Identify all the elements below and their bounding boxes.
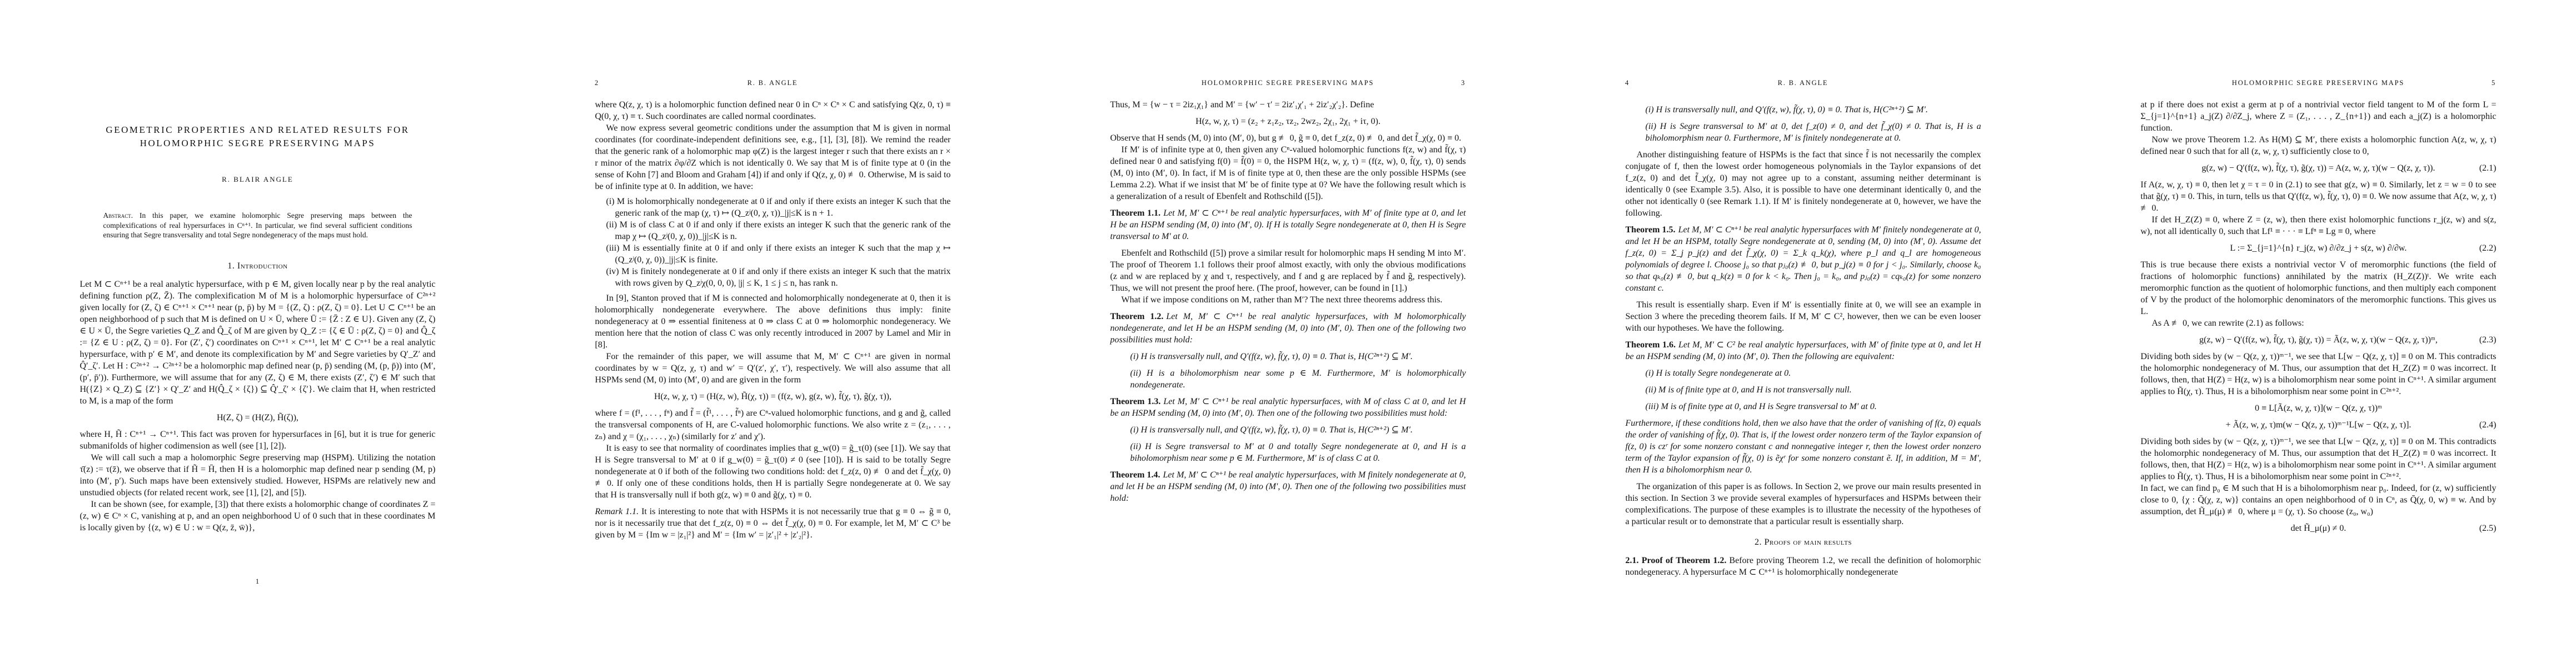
paragraph-8: In fact, we can find p₀ ∈ M such that H … bbox=[2141, 482, 2497, 517]
theorem-item: (iii) M is of finite type at 0, and H is… bbox=[1626, 401, 1981, 412]
display-equation-2-4-line-2: + Ã(z, w, χ, τ)m(w − Q(z, χ, τ))ᵐ⁻¹L[w −… bbox=[2141, 419, 2497, 431]
paragraph: As A ≢ 0, we can rewrite (2.1) as follow… bbox=[2141, 317, 2497, 329]
display-equation: H(z, w, χ, τ) = (H(z, w), H̃(χ, τ)) = (f… bbox=[595, 391, 951, 402]
display-equation-2-3: g(z, w) − Q′(f(z, w), f̃(χ, τ), g̃(χ, τ)… bbox=[2141, 334, 2497, 346]
theorem-text: Let M, M′ ⊂ Cⁿ⁺¹ be real analytic hypers… bbox=[1110, 312, 1466, 345]
theorem-text: Let M, M′ ⊂ Cⁿ⁺¹ be real analytic hypers… bbox=[1110, 397, 1466, 418]
paragraph: Observe that H sends (M, 0) into (M′, 0)… bbox=[1110, 132, 1466, 144]
theorem-text: Let M, M′ ⊂ C² be real analytic hypersur… bbox=[1626, 340, 1981, 361]
paper-spread: arXiv:0810.2570v1 [math.CV] 14 Oct 2008 … bbox=[0, 0, 2576, 667]
paragraph: where H, H̃ : Cⁿ⁺¹ → Cⁿ⁺¹. This fact was… bbox=[80, 429, 436, 452]
page-3-content: Thus, M = {w − τ = 2iz₁χ₁} and M′ = {w′ … bbox=[1110, 0, 1466, 504]
paragraph: This is true because there exists a nont… bbox=[2141, 259, 2497, 317]
display-equation: H(z, w, χ, τ) = (z₂ + z₁z₂, τz₂, 2wz₂, 2… bbox=[1110, 116, 1466, 127]
running-title: R. B. ANGLE bbox=[1647, 79, 1959, 87]
page-1: GEOMETRIC PROPERTIES AND RELATED RESULTS… bbox=[0, 0, 515, 667]
paragraph: where Q(z, χ, τ) is a holomorphic functi… bbox=[595, 99, 951, 122]
running-header: 4 R. B. ANGLE bbox=[1625, 79, 1981, 87]
list-item: (i) M is holomorphically nondegenerate a… bbox=[595, 196, 951, 219]
paragraph: Ebenfelt and Rothschild ([5]) prove a si… bbox=[1110, 247, 1466, 294]
theorem-1-4: Theorem 1.4.Let M, M′ ⊂ Cⁿ⁺¹ be real ana… bbox=[1110, 469, 1466, 504]
theorem-label: Theorem 1.4. bbox=[1110, 470, 1160, 480]
equation-tag: (2.3) bbox=[2479, 334, 2497, 346]
theorem-text: Let M, M′ ⊂ Cⁿ⁺¹ be real analytic hypers… bbox=[1110, 208, 1466, 241]
paragraph: If A(z, w, χ, τ) ≡ 0, then let χ = τ = 0… bbox=[2141, 179, 2497, 214]
running-title: R. B. ANGLE bbox=[617, 79, 928, 87]
theorem-label: Theorem 1.5. bbox=[1626, 225, 1676, 235]
theorem-item: (ii) M is of finite type at 0, and H is … bbox=[1626, 384, 1981, 396]
subsection-label: 2.1. Proof of Theorem 1.2. bbox=[1626, 556, 1727, 565]
theorem-label: Theorem 1.3. bbox=[1110, 397, 1161, 406]
equation-body: L := Σ_{j=1}^{n} r_j(z, w) ∂/∂z_j + s(z,… bbox=[2230, 243, 2407, 253]
theorem-label: Theorem 1.6. bbox=[1626, 340, 1676, 350]
display-equation: H(Z, ζ) = (H(Z), H̃(ζ)), bbox=[80, 412, 436, 424]
title-line-2: HOLOMORPHIC SEGRE PRESERVING MAPS bbox=[80, 137, 436, 150]
paragraph: Let M ⊂ Cⁿ⁺¹ be a real analytic hypersur… bbox=[80, 278, 436, 407]
theorem-text: Let M, M′ ⊂ Cⁿ⁺¹ be real analytic hypers… bbox=[1626, 225, 1981, 293]
paragraph: Another distinguishing feature of HSPMs … bbox=[1626, 149, 1981, 219]
section-2-heading: 2. Proofs of main results bbox=[1626, 536, 1981, 548]
paragraph: where f = (f¹, . . . , fⁿ) and f̃ = (f̃¹… bbox=[595, 407, 951, 442]
running-header: HOLOMORPHIC SEGRE PRESERVING MAPS 3 bbox=[1110, 79, 1466, 87]
page-number: 4 bbox=[1625, 79, 1647, 87]
theorem-item: (i) H is transversally null, and Q′(f(z,… bbox=[1110, 351, 1466, 362]
equation-body: det H̃_μ(μ) ≠ 0. bbox=[2291, 524, 2346, 533]
paragraph: What if we impose conditions on M, rathe… bbox=[1110, 294, 1466, 306]
theorem-item: (i) H is transversally null, and Q′(f(z,… bbox=[1626, 104, 1981, 116]
equation-body: g(z, w) − Q′(f(z, w), f̃(χ, τ), g̃(χ, τ)… bbox=[2202, 163, 2435, 173]
theorem-label: Theorem 1.1. bbox=[1110, 208, 1161, 218]
paragraph: For the remainder of this paper, we will… bbox=[595, 351, 951, 386]
equation-tag: (2.2) bbox=[2479, 242, 2497, 254]
theorem-1-6: Theorem 1.6.Let M, M′ ⊂ C² be real analy… bbox=[1626, 339, 1981, 362]
theorem-item: (i) H is transversally null, and Q′(f(z,… bbox=[1110, 424, 1466, 436]
theorem-continuation: Furthermore, if these conditions hold, t… bbox=[1626, 417, 1981, 476]
paragraph-7: Dividing both sides by (w − Q(z, χ, τ))ᵐ… bbox=[2141, 436, 2497, 482]
page-3: HOLOMORPHIC SEGRE PRESERVING MAPS 3 Thus… bbox=[1030, 0, 1546, 667]
running-header: 2 R. B. ANGLE bbox=[595, 79, 950, 87]
remark-text: It is interesting to note that with HSPM… bbox=[595, 507, 951, 540]
theorem-1-1: Theorem 1.1.Let M, M′ ⊂ Cⁿ⁺¹ be real ana… bbox=[1110, 207, 1466, 242]
theorem-1-3: Theorem 1.3.Let M, M′ ⊂ Cⁿ⁺¹ be real ana… bbox=[1110, 396, 1466, 419]
remark-1-1: Remark 1.1.It is interesting to note tha… bbox=[595, 506, 951, 541]
display-equation-2-1: g(z, w) − Q′(f(z, w), f̃(χ, τ), g̃(χ, τ)… bbox=[2141, 162, 2497, 174]
abstract: Abstract. In this paper, we examine holo… bbox=[103, 211, 412, 240]
paragraph: If M′ is of infinite type at 0, then giv… bbox=[1110, 144, 1466, 202]
display-equation-2-5: det H̃_μ(μ) ≠ 0. (2.5) bbox=[2141, 522, 2497, 534]
paragraph: We now express several geometric conditi… bbox=[595, 122, 951, 192]
page-number: 3 bbox=[1443, 79, 1466, 87]
equation-tag: (2.4) bbox=[2479, 419, 2497, 431]
display-equation-2-2: L := Σ_{j=1}^{n} r_j(z, w) ∂/∂z_j + s(z,… bbox=[2141, 242, 2497, 254]
list-item: (iii) M is essentially finite at 0 if an… bbox=[595, 242, 951, 266]
subsection-paragraph: 2.1. Proof of Theorem 1.2.Before proving… bbox=[1626, 555, 1981, 578]
equation-tag: (2.5) bbox=[2479, 522, 2497, 534]
theorem-item: (ii) H is Segre transversal to M′ at 0, … bbox=[1626, 121, 1981, 144]
running-title: HOLOMORPHIC SEGRE PRESERVING MAPS bbox=[2163, 79, 2474, 87]
running-header: HOLOMORPHIC SEGRE PRESERVING MAPS 5 bbox=[2140, 79, 2496, 87]
abstract-text: In this paper, we examine holomorphic Se… bbox=[103, 211, 412, 239]
theorem-item: (ii) H is a biholomorphism near some p ∈… bbox=[1110, 367, 1466, 391]
remark-label: Remark 1.1. bbox=[595, 507, 639, 516]
theorem-label: Theorem 1.2. bbox=[1110, 312, 1164, 321]
theorem-text: Let M, M′ ⊂ Cⁿ⁺¹ be real analytic hypers… bbox=[1110, 470, 1466, 503]
paragraph: It is easy to see that normality of coor… bbox=[595, 442, 951, 501]
page-number: 2 bbox=[595, 79, 617, 87]
paragraph: In [9], Stanton proved that if M is conn… bbox=[595, 292, 951, 351]
page-number-footer: 1 bbox=[79, 577, 435, 586]
theorem-1-5: Theorem 1.5.Let M, M′ ⊂ Cⁿ⁺¹ be real ana… bbox=[1626, 224, 1981, 294]
paragraph: Dividing both sides by (w − Q(z, χ, τ))ᵐ… bbox=[2141, 351, 2497, 397]
equation-body: + Ã(z, w, χ, τ)m(w − Q(z, χ, τ))ᵐ⁻¹L[w −… bbox=[2226, 420, 2411, 430]
paragraph: It can be shown (see, for example, [3]) … bbox=[80, 499, 436, 534]
paper-title: GEOMETRIC PROPERTIES AND RELATED RESULTS… bbox=[80, 123, 436, 150]
page-1-content: GEOMETRIC PROPERTIES AND RELATED RESULTS… bbox=[80, 123, 436, 534]
section-1-heading: 1. Introduction bbox=[80, 260, 436, 272]
paragraph: The organization of this paper is as fol… bbox=[1626, 481, 1981, 527]
list-item: (ii) M is of class C at 0 if and only if… bbox=[595, 219, 951, 242]
list-item: (iv) M is finitely nondegenerate at 0 if… bbox=[595, 266, 951, 289]
paragraph: If det H_Z(Z) ≡ 0, where Z = (z, w), the… bbox=[2141, 214, 2497, 237]
page-4: 4 R. B. ANGLE (i) H is transversally nul… bbox=[1546, 0, 2061, 667]
paragraph: We will call such a map a holomorphic Se… bbox=[80, 452, 436, 499]
title-line-1: GEOMETRIC PROPERTIES AND RELATED RESULTS… bbox=[80, 123, 436, 137]
paragraph: at p if there does not exist a germ at p… bbox=[2141, 99, 2497, 134]
paragraph: This result is essentially sharp. Even i… bbox=[1626, 299, 1981, 334]
theorem-1-2: Theorem 1.2.Let M, M′ ⊂ Cⁿ⁺¹ be real ana… bbox=[1110, 311, 1466, 346]
paragraph: Thus, M = {w − τ = 2iz₁χ₁} and M′ = {w′ … bbox=[1110, 99, 1466, 111]
paragraph: Now we prove Theorem 1.2. As H(M) ⊆ M′, … bbox=[2141, 134, 2497, 157]
equation-body: g(z, w) − Q′(f(z, w), f̃(χ, τ), g̃(χ, τ)… bbox=[2199, 335, 2438, 345]
page-number: 5 bbox=[2474, 79, 2496, 87]
page-5: HOLOMORPHIC SEGRE PRESERVING MAPS 5 at p… bbox=[2061, 0, 2576, 667]
author-name: R. BLAIR ANGLE bbox=[80, 173, 436, 185]
display-equation-2-4-line-1: 0 ≡ L[Ã(z, w, χ, τ)](w − Q(z, χ, τ))ᵐ bbox=[2141, 402, 2497, 414]
equation-tag: (2.1) bbox=[2479, 162, 2497, 174]
page-2: 2 R. B. ANGLE where Q(z, χ, τ) is a holo… bbox=[515, 0, 1030, 667]
abstract-label: Abstract. bbox=[103, 211, 133, 220]
theorem-item: (ii) H is Segre transversal to M′ at 0 a… bbox=[1110, 441, 1466, 464]
running-title: HOLOMORPHIC SEGRE PRESERVING MAPS bbox=[1132, 79, 1443, 87]
theorem-item: (i) H is totally Segre nondegenerate at … bbox=[1626, 367, 1981, 379]
